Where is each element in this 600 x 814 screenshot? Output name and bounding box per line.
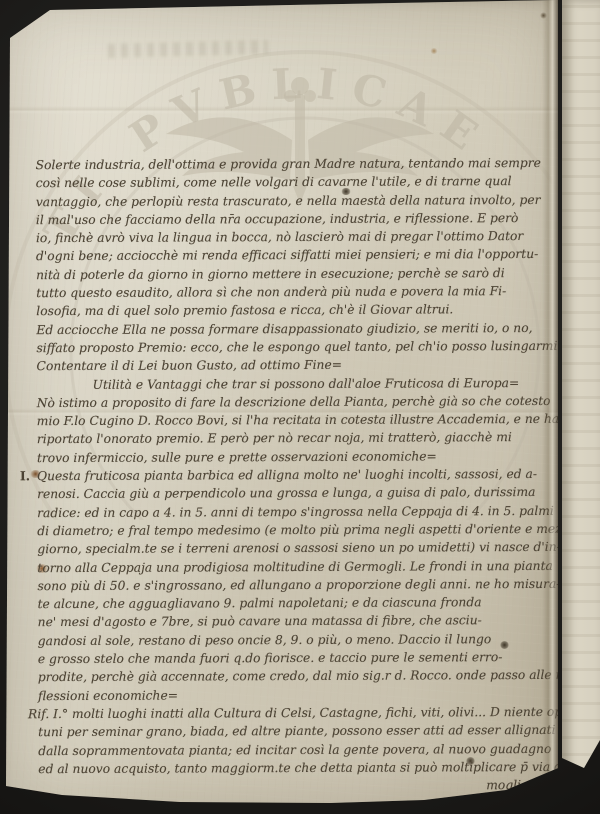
manuscript-line-text: te alcune, che agguagliavano 9. palmi na… <box>38 595 482 611</box>
manuscript-line: Ed acciocche Ella ne possa formare disap… <box>36 319 563 340</box>
manuscript-line-text: prodite, perchè già accennate, come cred… <box>38 668 570 684</box>
manuscript-line-text: mio F.lo Cugino D. Rocco Bovi, si l'ha r… <box>37 412 559 428</box>
fold-crease <box>542 0 558 814</box>
manuscript-line: Contentare il di Lei buon Gusto, ad otti… <box>36 355 563 376</box>
manuscript-line-text: nità di poterle da giorno in giorno mett… <box>36 266 505 282</box>
manuscript-line-text: e grosso stelo che manda fuori q.do fior… <box>38 650 503 666</box>
photograph-background: TI PVBLICAE Solerte indus <box>0 0 600 814</box>
manuscript-line-text: trovo infermiccio, sulle pure e prette o… <box>37 449 437 465</box>
manuscript-line: trovo infermiccio, sulle pure e prette o… <box>37 447 564 468</box>
manuscript-line-text: giorno, specialm.te se i terreni arenosi… <box>37 540 561 556</box>
manuscript-line: ne' mesi d'agosto e 7bre, si può cavare … <box>38 611 565 632</box>
manuscript-line: giorno, specialm.te se i terreni arenosi… <box>37 538 564 559</box>
manuscript-line-text: Questa fruticosa pianta barbica ed allig… <box>37 467 537 483</box>
manuscript-line-text: mogli= <box>486 778 531 792</box>
manuscript-line-text: di diametro; e fral tempo medesimo (e mo… <box>37 522 575 538</box>
manuscript-line: nità di poterle da giorno in giorno mett… <box>36 264 563 285</box>
manuscript-line-text: losofia, ma di quel solo premio fastosa … <box>36 303 453 319</box>
manuscript-line-text: Ed acciocche Ella ne possa formare disap… <box>36 321 532 337</box>
manuscript-line-text: io, finchè avrò viva la lingua in bocca,… <box>36 229 523 245</box>
manuscript-line: dalla soprammentovata pianta; ed incitar… <box>38 739 565 760</box>
manuscript-line-text: flessioni economiche= <box>38 688 178 703</box>
manuscript-line: sono più di 50. e s'ingrossano, ed allun… <box>37 575 564 596</box>
manuscript-line: Solerte industria, dell'ottima e provida… <box>36 154 563 175</box>
manuscript-line: Rif. I.° molti luoghi inatti alla Cultur… <box>38 703 565 724</box>
manuscript-line: gandosi al sole, restano di peso oncie 8… <box>38 630 565 651</box>
manuscript-line-text: così nelle cose sublimi, come nelle volg… <box>36 174 512 190</box>
manuscript-line-text: Solerte industria, dell'ottima e provida… <box>36 156 541 172</box>
manuscript-line-text: Contentare il di Lei buon Gusto, ad otti… <box>36 358 342 373</box>
manuscript-line-text: il mal'uso che facciamo della nr̄a occup… <box>36 211 519 227</box>
manuscript-line: renosi. Caccia giù a perpendicolo una gr… <box>37 483 564 504</box>
manuscript-line: Nò istimo a proposito di fare la descriz… <box>37 392 564 413</box>
manuscript-line: vantaggio, che perlopiù resta trascurato… <box>36 190 563 211</box>
manuscript-line: così nelle cose sublimi, come nelle volg… <box>36 172 563 193</box>
manuscript-line-text: d'ogni bene; acciocchè mi renda efficaci… <box>36 247 538 263</box>
manuscript-line-text: sono più di 50. e s'ingrossano, ed allun… <box>37 577 560 593</box>
manuscript-page: TI PVBLICAE Solerte indus <box>0 0 558 814</box>
manuscript-line-text: radice: ed in capo a 4. in 5. anni di te… <box>37 504 554 520</box>
manuscript-line: mio F.lo Cugino D. Rocco Bovi, si l'ha r… <box>37 410 564 431</box>
manuscript-line-text: ed al nuovo acquisto, tanto maggiorm.te … <box>38 759 600 775</box>
manuscript-line: il mal'uso che facciamo della nr̄a occup… <box>36 209 563 230</box>
manuscript-line-text: torno alla Ceppaja una prodigiosa moltit… <box>37 558 553 574</box>
manuscript-line-text: Nò istimo a proposito di fare la descriz… <box>37 394 551 410</box>
manuscript-line: tutto questo esaudito, allora sì che non… <box>36 282 563 303</box>
manuscript-line: flessioni economiche= <box>38 684 565 705</box>
manuscript-line: tuni per seminar grano, biada, ed altre … <box>38 721 565 742</box>
manuscript-line-text: tuni per seminar grano, biada, ed altre … <box>38 723 555 739</box>
manuscript-line-text: Utilità e Vantaggi che trar si possono d… <box>93 376 520 392</box>
manuscript-line-text: vantaggio, che perlopiù resta trascurato… <box>36 193 541 209</box>
manuscript-text: Solerte industria, dell'ottima e provida… <box>36 154 566 797</box>
manuscript-line: losofia, ma di quel solo premio fastosa … <box>36 300 563 321</box>
manuscript-line-text: siffato proposto Premio: ecco, che le es… <box>36 339 573 355</box>
manuscript-line: siffato proposto Premio: ecco, che le es… <box>36 337 563 358</box>
manuscript-line: torno alla Ceppaja una prodigiosa moltit… <box>37 556 564 577</box>
manuscript-line: ed al nuovo acquisto, tanto maggiorm.te … <box>38 758 565 779</box>
facing-page-edge <box>562 0 600 814</box>
manuscript-line: radice: ed in capo a 4. in 5. anni di te… <box>37 501 564 522</box>
manuscript-line-text: ne' mesi d'agosto e 7bre, si può cavare … <box>38 614 482 630</box>
manuscript-line: te alcune, che agguagliavano 9. palmi na… <box>38 593 565 614</box>
manuscript-line: prodite, perchè già accennate, come cred… <box>38 666 565 687</box>
stain-spot <box>430 48 438 54</box>
manuscript-line-text: gandosi al sole, restano di peso oncie 8… <box>38 632 492 648</box>
manuscript-line: Utilità e Vantaggi che trar si possono d… <box>37 373 564 394</box>
manuscript-line: I.Questa fruticosa pianta barbica ed all… <box>37 465 564 486</box>
manuscript-line: di diametro; e fral tempo medesimo (e mo… <box>37 520 564 541</box>
manuscript-line-text: renosi. Caccia giù a perpendicolo una gr… <box>37 485 535 501</box>
manuscript-line-text: riportato l'onorato premio. E però per n… <box>37 431 512 447</box>
manuscript-line: e grosso stelo che manda fuori q.do fior… <box>38 648 565 669</box>
manuscript-line-text: dalla soprammentovata pianta; ed incitar… <box>38 741 551 757</box>
manuscript-line: mogli= <box>38 776 565 797</box>
manuscript-line: d'ogni bene; acciocchè mi renda efficaci… <box>36 245 563 266</box>
horizontal-crease <box>0 106 558 114</box>
manuscript-line: riportato l'onorato premio. E però per n… <box>37 428 564 449</box>
manuscript-line-text: Rif. I.° molti luoghi inatti alla Cultur… <box>28 705 588 721</box>
margin-numeral: I. <box>20 467 30 485</box>
manuscript-line-text: tutto questo esaudito, allora sì che non… <box>36 284 506 300</box>
manuscript-line: io, finchè avrò viva la lingua in bocca,… <box>36 227 563 248</box>
